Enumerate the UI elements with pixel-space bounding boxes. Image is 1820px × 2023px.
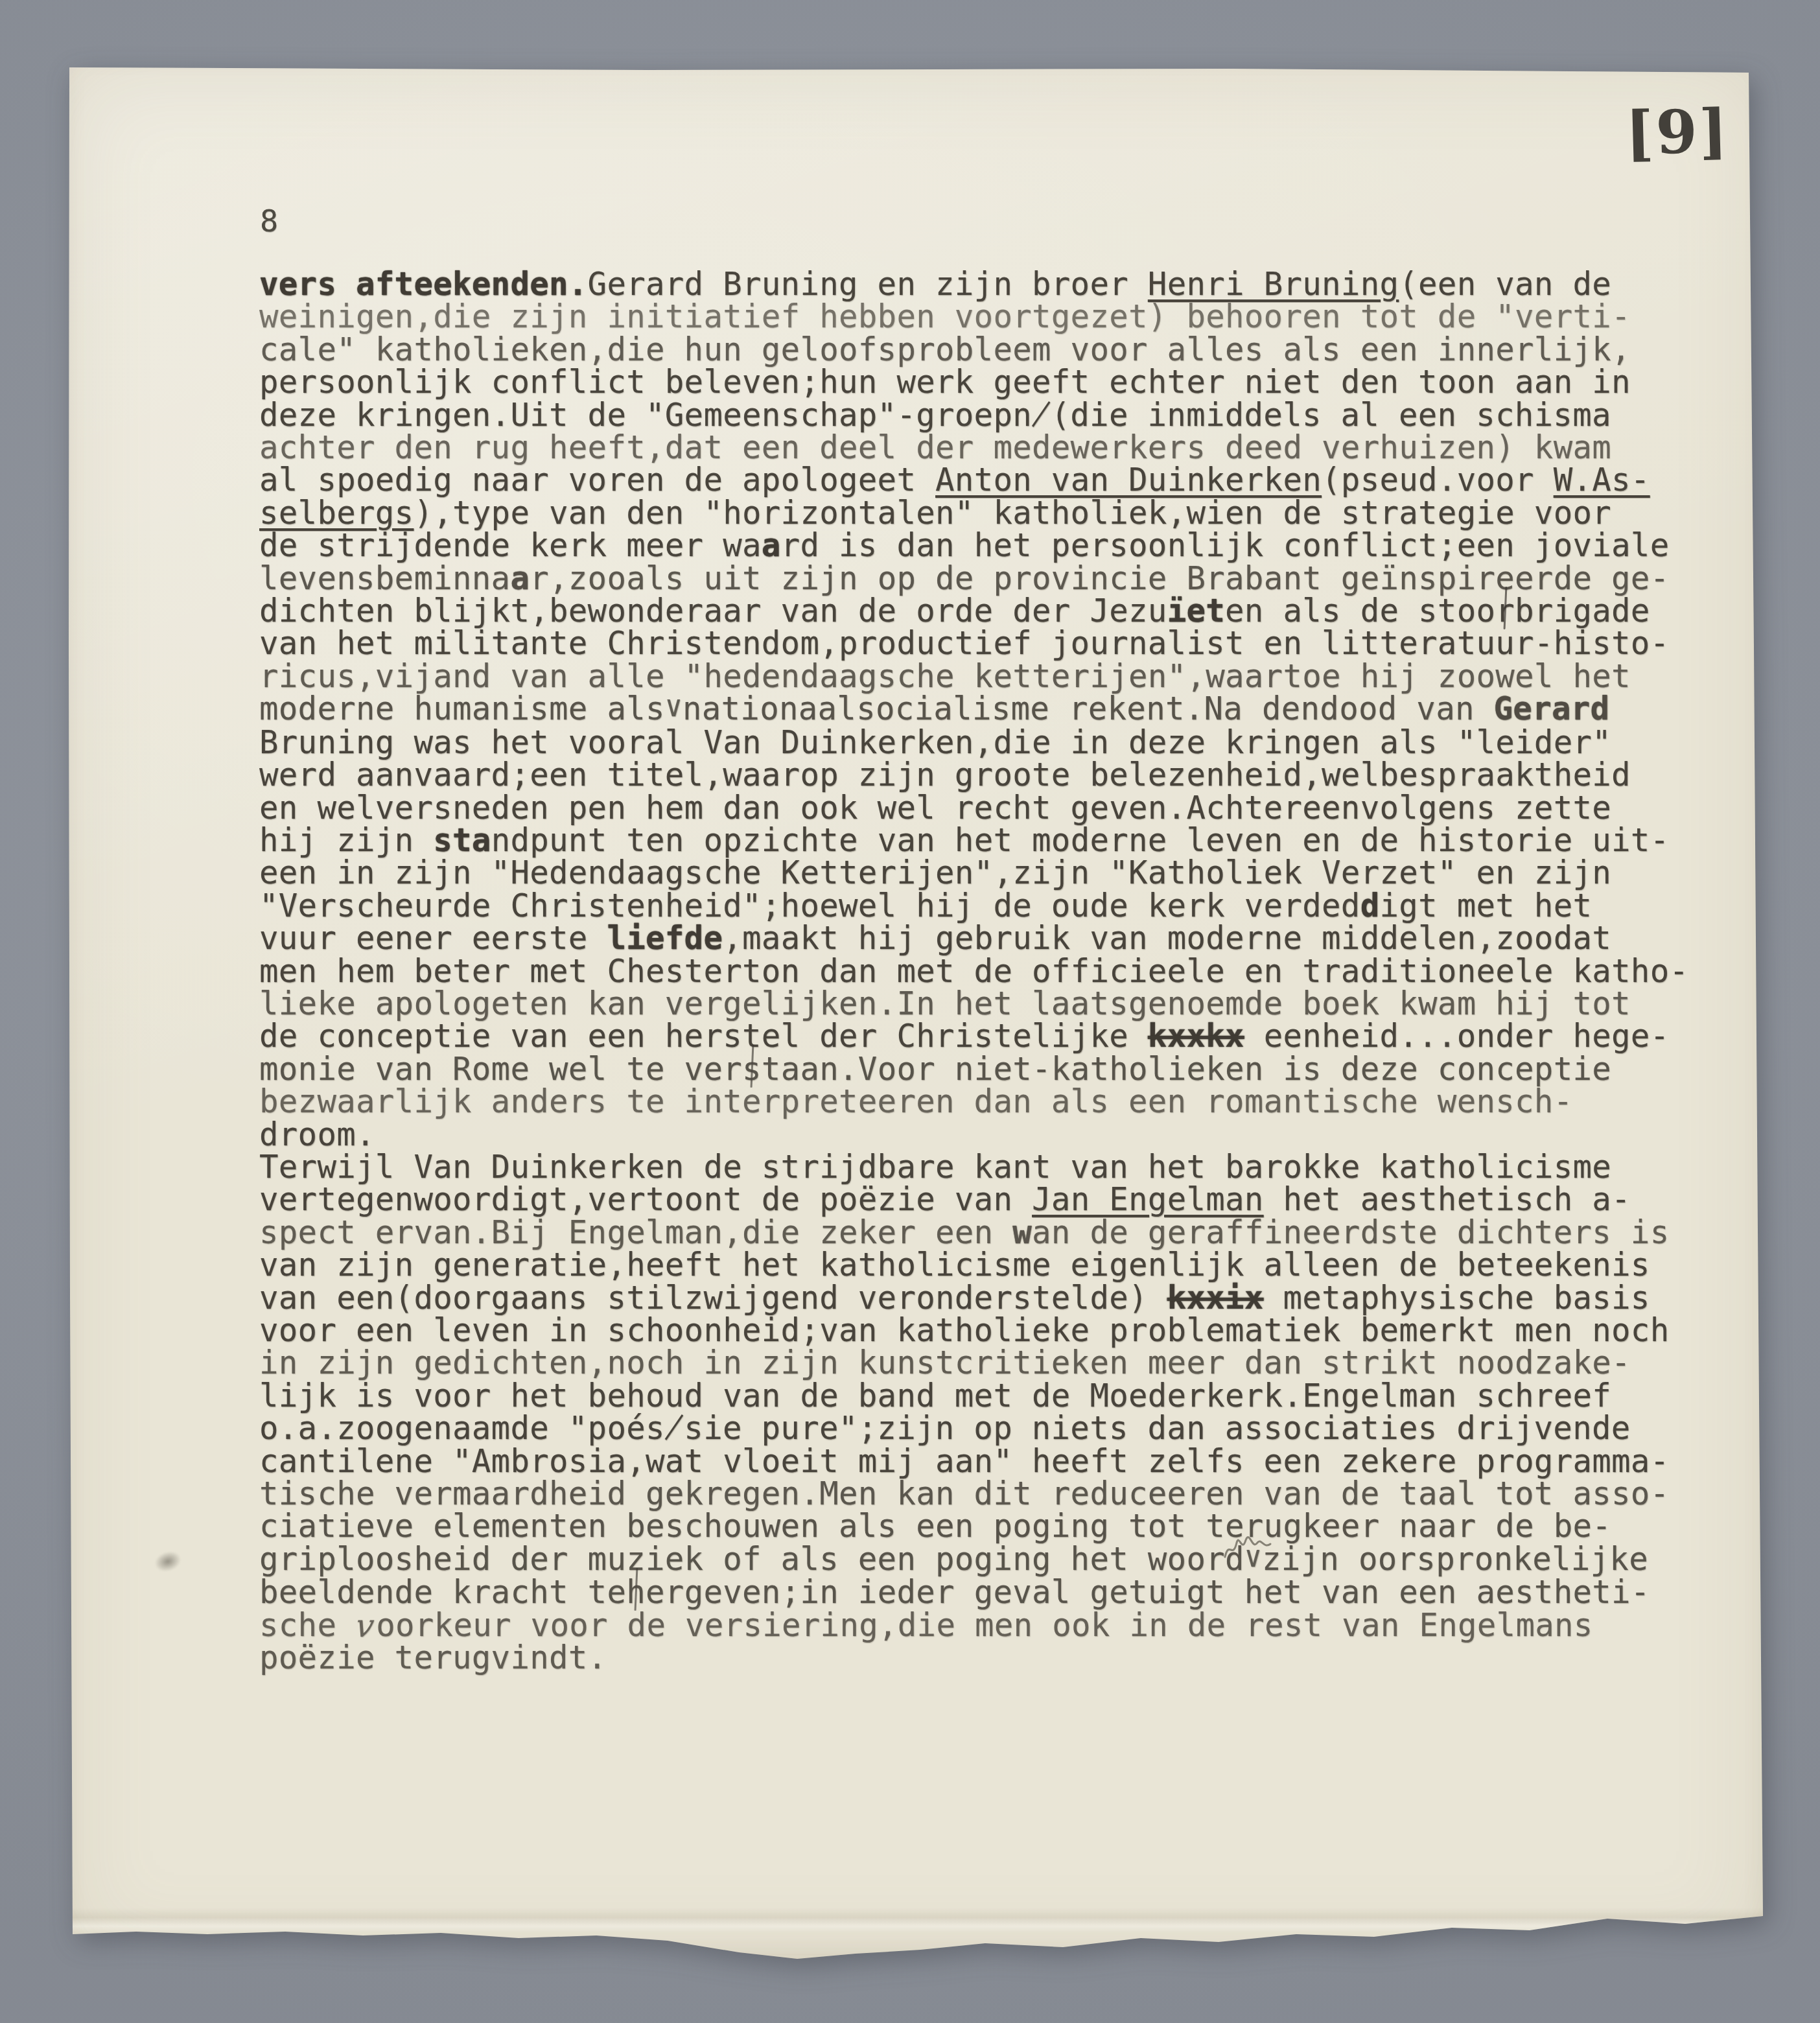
text-run: deze kringen.Uit de "Gemeenschap"-groepn… [259, 397, 1611, 434]
text-run: sie pure";zijn op niets dan associaties … [684, 1410, 1630, 1447]
typewritten-line: dichten blijkt,bewonderaar van de orde d… [259, 595, 1688, 627]
text-run: achter den rug heeft,dat een deel der me… [259, 429, 1611, 466]
typewritten-line: droom. [259, 1119, 1688, 1151]
typewritten-line: griploosheid der muziek of als een pogin… [259, 1543, 1688, 1576]
typewritten-line: ricus,vijand van alle "hedendaagsche ket… [259, 661, 1688, 693]
underlined-text: Jan Engelman [1032, 1181, 1264, 1218]
text-run: ),type van den "horizontalen" katholiek,… [414, 495, 1611, 532]
typewritten-line: vers afteekenden.Gerard Bruning en zijn … [259, 268, 1688, 301]
underlined-text: Henri Bruning [1148, 266, 1399, 303]
overstruck-text: vers afteekenden. [259, 266, 588, 303]
text-run: en welversneden pen hem dan ook wel rech… [259, 789, 1611, 826]
text-run: dichten blijkt,bewonderaar van de orde d… [259, 592, 1167, 629]
typewritten-line: van zijn generatie,heeft het katholicism… [259, 1249, 1688, 1281]
typewritten-line: van het militante Christendom,productief… [259, 627, 1688, 660]
text-run: Gerard Bruning en zijn broer [588, 266, 1148, 303]
document-page-wrapper: [9] 8 vers afteekenden.Gerard Bruning en… [65, 64, 1764, 1960]
text-run: van zijn generatie,heeft het katholicism… [259, 1246, 1650, 1283]
text-run: van een(doorgaans stilzwijgend veronders… [259, 1280, 1167, 1316]
typewritten-line: de strijdende kerk meer waard is dan het… [259, 530, 1688, 562]
text-run: de conceptie van een herstel der Christe… [259, 1018, 1148, 1055]
typewritten-line: "Verscheurde Christenheid";hoewel hij de… [259, 890, 1688, 922]
typewritten-line: o.a.zoogenaamde "poés̸sie pure";zijn op … [259, 1412, 1688, 1445]
text-run: tische vermaardheid gekregen.Men kan dit… [259, 1475, 1669, 1512]
text-run: rd is dan het persoonlijk conflict;een j… [781, 527, 1670, 564]
typewritten-line: vertegenwoordigt,vertoont de poëzie van … [259, 1184, 1688, 1216]
text-run: levensbeminna [259, 560, 510, 597]
typewritten-line: poëzie terugvindt. [259, 1642, 1688, 1674]
typewritten-line: cantilene "Ambrosia,wat vloeit mij aan" … [259, 1445, 1688, 1478]
typewritten-line: deze kringen.Uit de "Gemeenschap"-groepn… [259, 399, 1688, 432]
typewritten-line: beeldende kracht tehergeven;in ieder gev… [259, 1576, 1688, 1609]
text-run: r,zooals uit zijn op de provincie Braban… [530, 560, 1669, 597]
text-run: ,maakt hij gebruik van moderne middelen,… [723, 920, 1611, 957]
typewritten-line: spect ervan.Bij Engelman,die zeker een w… [259, 1217, 1688, 1249]
text-run: griploosheid der muziek of als een pogin… [259, 1541, 1244, 1578]
text-run: taan.Voor niet-katholieken is deze conce… [762, 1051, 1611, 1088]
typewritten-line: selbergs),type van den "horizontalen" ka… [259, 497, 1688, 530]
text-run: al spoedig naar voren de apologeet [259, 462, 935, 498]
text-run: metaphysische basis [1264, 1280, 1650, 1316]
text-run: poëzie terugvindt. [259, 1639, 607, 1676]
pen-corrected-char: h [626, 1574, 646, 1611]
text-run: (pseud.voor [1322, 462, 1554, 498]
underlined-text: W.As- [1554, 462, 1650, 498]
typewritten-line: weinigen,die zijn initiatief hebben voor… [259, 301, 1688, 333]
overstruck-text: sta [433, 822, 491, 859]
typewritten-line: voor een leven in schoonheid;van katholi… [259, 1315, 1688, 1347]
text-run: Bruning was het vooral Van Duinkerken,di… [259, 724, 1611, 761]
typewritten-line: cale" katholieken,die hun geloofsproblee… [259, 334, 1688, 366]
handwritten-corner-number: [9] [1625, 96, 1731, 169]
text-run: weinigen,die zijn initiatief hebben voor… [259, 298, 1631, 335]
handwritten-caret: ∨ [1244, 1541, 1262, 1573]
typewritten-line: en welversneden pen hem dan ook wel rech… [259, 792, 1688, 824]
text-run: bezwaarlijk anders te interpreteeren dan… [259, 1083, 1572, 1120]
text-run: beeldende kracht te [259, 1574, 626, 1611]
text-run: spect ervan.Bij Engelman,die zeker een [259, 1214, 1012, 1251]
text-run: men hem beter met Chesterton dan met de … [259, 953, 1688, 990]
typewritten-line: lijk is voor het behoud van de band met … [259, 1380, 1688, 1412]
underlined-text: selbergs [259, 495, 414, 532]
handwritten-caret: ∨ [665, 691, 682, 723]
typewritten-line: monie van Rome wel te verstaan.Voor niet… [259, 1053, 1688, 1086]
text-run: ciatieve elementen beschouwen als een po… [259, 1508, 1611, 1545]
paper-crease [65, 1908, 1764, 1932]
typewritten-line: in zijn gedichten,noch in zijn kunstcrit… [259, 1347, 1688, 1379]
text-run: in zijn gedichten,noch in zijn kunstcrit… [259, 1344, 1631, 1381]
overstruck-text: a [762, 527, 781, 564]
typewritten-line: hij zijn standpunt ten opzichte van het … [259, 824, 1688, 857]
text-run: monie van Rome wel te ver [259, 1051, 742, 1088]
text-run: ndpunt ten opzichte van het moderne leve… [491, 822, 1670, 859]
text-run: voor een leven in schoonheid;van katholi… [259, 1312, 1669, 1349]
text-run: o.a.zoogenaamde "poé [259, 1410, 646, 1447]
text-run: Terwijl Van Duinkerken de strijdbare kan… [259, 1149, 1611, 1186]
text-run: het aesthetisch a- [1264, 1181, 1631, 1218]
typewritten-line: al spoedig naar voren de apologeet Anton… [259, 464, 1688, 497]
text-run: igt met het [1379, 887, 1592, 924]
text-run: eenheid...onder hege- [1244, 1018, 1670, 1055]
overstruck-text: liefde [607, 920, 723, 957]
typewritten-line: een in zijn "Hedendaagsche Ketterijen",z… [259, 857, 1688, 889]
typewritten-line: Bruning was het vooral Van Duinkerken,di… [259, 727, 1688, 759]
typewritten-line: sche voorkeur voor de versiering,die men… [259, 1609, 1688, 1642]
text-run: persoonlijk conflict beleven;hun werk ge… [259, 364, 1631, 401]
text-run: zijn oorspronkelijke [1262, 1541, 1648, 1578]
text-run: "Verscheurde Christenheid";hoewel hij de… [259, 887, 1360, 924]
text-run: cantilene "Ambrosia,wat vloeit mij aan" … [259, 1443, 1669, 1480]
pen-corrected-char: s [742, 1051, 762, 1088]
text-run: droom. [259, 1116, 375, 1153]
text-run: sche [259, 1607, 356, 1644]
overstruck-text: d [1360, 887, 1380, 924]
text-run: de strijdende kerk meer wa [259, 527, 762, 564]
underlined-text: Anton van Duinkerken [935, 462, 1322, 498]
text-run: ricus,vijand van alle "hedendaagsche ket… [259, 658, 1631, 695]
page-number: 8 [260, 204, 278, 239]
text-run: een in zijn "Hedendaagsche Ketterijen",z… [259, 854, 1611, 891]
typewritten-text-block: vers afteekenden.Gerard Bruning en zijn … [259, 268, 1688, 1674]
text-run: vertegenwoordigt,vertoont de poëzie van [259, 1181, 1032, 1218]
typewritten-line: persoonlijk conflict beleven;hun werk ge… [259, 366, 1688, 399]
typewritten-line: tische vermaardheid gekregen.Men kan dit… [259, 1478, 1688, 1510]
text-run: van het militante Christendom,productief… [259, 625, 1669, 662]
typewritten-line: de conceptie van een herstel der Christe… [259, 1020, 1688, 1053]
typewritten-line: ciatieve elementen beschouwen als een po… [259, 1510, 1688, 1543]
overstruck-text: Gerard [1494, 690, 1610, 727]
overstruck-text: w [1012, 1214, 1032, 1251]
text-run: moderne humanisme als [259, 690, 665, 727]
text-run: vuur eener eerste [259, 920, 607, 957]
overstruck-text: ïet [1167, 592, 1225, 629]
text-run: ergeven;in ieder geval getuigt het van e… [646, 1574, 1650, 1611]
text-run: brigade [1515, 592, 1650, 629]
typewritten-line: Terwijl Van Duinkerken de strijdbare kan… [259, 1151, 1688, 1184]
typewritten-line: bezwaarlijk anders te interpreteeren dan… [259, 1086, 1688, 1118]
typewritten-line: werd aanvaard;een titel,waarop zijn groo… [259, 759, 1688, 791]
struck-out-text: kxxkx [1148, 1018, 1244, 1055]
typewritten-line: moderne humanisme als∨nationaalsocialism… [259, 693, 1688, 726]
text-run: lieke apologeten kan vergelijken.In het … [259, 985, 1631, 1022]
text-run: oorkeur voor de versiering,die men ook i… [376, 1607, 1592, 1644]
typewritten-line: men hem beter met Chesterton dan met de … [259, 955, 1688, 988]
pencil-smudge-mark [152, 1548, 183, 1575]
typewritten-line: vuur eener eerste liefde,maakt hij gebru… [259, 922, 1688, 955]
text-run: s̸ [646, 1410, 684, 1447]
typewritten-line: achter den rug heeft,dat een deel der me… [259, 432, 1688, 464]
text-run: cale" katholieken,die hun geloofsproblee… [259, 331, 1631, 368]
handwritten-letter: v [353, 1610, 378, 1643]
struck-out-text: kxxix [1167, 1280, 1264, 1316]
text-run: en als de stoo [1225, 592, 1495, 629]
pen-corrected-char: r [1495, 592, 1515, 629]
text-run: an de geraffineerdste dichters is [1032, 1214, 1669, 1251]
typewritten-line: van een(doorgaans stilzwijgend veronders… [259, 1282, 1688, 1315]
text-run: nationaalsocialisme rekent.Na dendood va… [682, 690, 1494, 727]
text-run: hij zijn [259, 822, 433, 859]
text-run: (een van de [1399, 266, 1611, 303]
text-run: werd aanvaard;een titel,waarop zijn groo… [259, 756, 1631, 793]
typewritten-line: lieke apologeten kan vergelijken.In het … [259, 988, 1688, 1020]
typewritten-line: levensbeminnaar,zooals uit zijn op de pr… [259, 563, 1688, 595]
scan-background: { "page": { "corner_mark": "[9]", "page_… [0, 0, 1820, 2023]
overstruck-text: a [510, 560, 530, 597]
text-run: lijk is voor het behoud van de band met … [259, 1377, 1611, 1414]
document-page: [9] 8 vers afteekenden.Gerard Bruning en… [65, 64, 1764, 1960]
